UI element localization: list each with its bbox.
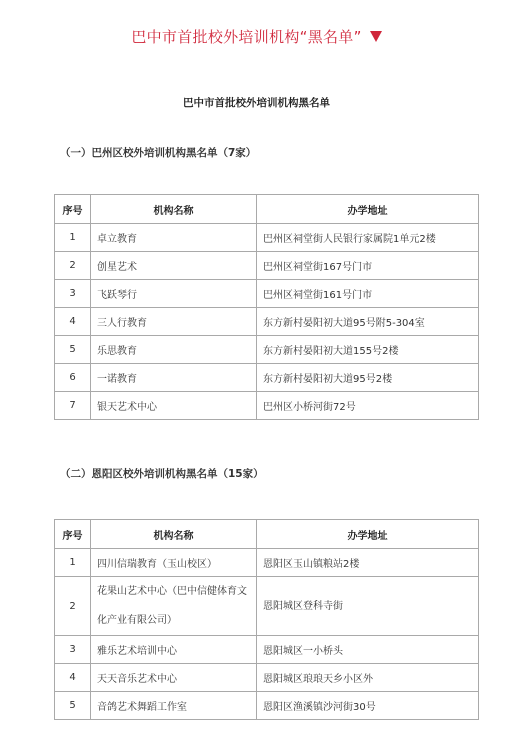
institution-address: 巴州区祠堂街161号门市 — [257, 280, 479, 308]
column-header-name: 机构名称 — [91, 520, 257, 549]
table-row: 2 花果山艺术中心（巴中信健体育文化产业有限公司） 恩阳城区登科寺街 — [55, 577, 479, 636]
table-row: 1 四川信瑞教育（玉山校区） 恩阳区玉山镇粮站2楼 — [55, 549, 479, 577]
row-number: 4 — [55, 308, 91, 336]
institution-name: 卓立教育 — [91, 224, 257, 252]
row-number: 2 — [55, 252, 91, 280]
institution-address: 恩阳区渔溪镇沙河街30号 — [257, 692, 479, 720]
institution-address: 巴州区祠堂街人民银行家属院1单元2楼 — [257, 224, 479, 252]
column-header-number: 序号 — [55, 195, 91, 224]
table-row: 6 一诺教育 东方新村晏阳初大道95号2楼 — [55, 364, 479, 392]
institution-name: 花果山艺术中心（巴中信健体育文化产业有限公司） — [91, 577, 257, 636]
down-triangle-icon — [370, 31, 382, 42]
table-row: 4 三人行教育 东方新村晏阳初大道95号附5-304室 — [55, 308, 479, 336]
row-number: 2 — [55, 577, 91, 636]
column-header-number: 序号 — [55, 520, 91, 549]
table-row: 2 创星艺术 巴州区祠堂街167号门市 — [55, 252, 479, 280]
table-row: 1 卓立教育 巴州区祠堂街人民银行家属院1单元2楼 — [55, 224, 479, 252]
column-header-name: 机构名称 — [91, 195, 257, 224]
institution-address: 巴州区小桥河街72号 — [257, 392, 479, 420]
column-header-address: 办学地址 — [257, 195, 479, 224]
institution-address: 恩阳区玉山镇粮站2楼 — [257, 549, 479, 577]
institution-address: 东方新村晏阳初大道95号2楼 — [257, 364, 479, 392]
blacklist-table-enyang: 序号 机构名称 办学地址 1 四川信瑞教育（玉山校区） 恩阳区玉山镇粮站2楼 2… — [54, 519, 479, 720]
table-header-row: 序号 机构名称 办学地址 — [55, 195, 479, 224]
institution-name: 三人行教育 — [91, 308, 257, 336]
headline-text: 巴中市首批校外培训机构“黑名单” — [131, 28, 361, 46]
table-row: 3 飞跃琴行 巴州区祠堂街161号门市 — [55, 280, 479, 308]
row-number: 3 — [55, 636, 91, 664]
blacklist-table-bazhou: 序号 机构名称 办学地址 1 卓立教育 巴州区祠堂街人民银行家属院1单元2楼 2… — [54, 194, 479, 420]
institution-name: 雅乐艺术培训中心 — [91, 636, 257, 664]
institution-name: 音鸽艺术舞蹈工作室 — [91, 692, 257, 720]
row-number: 3 — [55, 280, 91, 308]
article-headline: 巴中市首批校外培训机构“黑名单” — [0, 26, 513, 47]
column-header-address: 办学地址 — [257, 520, 479, 549]
institution-address: 巴州区祠堂街167号门市 — [257, 252, 479, 280]
institution-name: 创星艺术 — [91, 252, 257, 280]
document-title: 巴中市首批校外培训机构黑名单 — [0, 95, 513, 110]
row-number: 5 — [55, 336, 91, 364]
institution-name: 乐思教育 — [91, 336, 257, 364]
section-title-bazhou: （一）巴州区校外培训机构黑名单（7家） — [60, 145, 256, 160]
row-number: 7 — [55, 392, 91, 420]
row-number: 4 — [55, 664, 91, 692]
institution-name: 银天艺术中心 — [91, 392, 257, 420]
institution-address: 东方新村晏阳初大道155号2楼 — [257, 336, 479, 364]
row-number: 6 — [55, 364, 91, 392]
institution-name: 飞跃琴行 — [91, 280, 257, 308]
table-row: 7 银天艺术中心 巴州区小桥河街72号 — [55, 392, 479, 420]
institution-name: 四川信瑞教育（玉山校区） — [91, 549, 257, 577]
table-row: 5 音鸽艺术舞蹈工作室 恩阳区渔溪镇沙河街30号 — [55, 692, 479, 720]
table-header-row: 序号 机构名称 办学地址 — [55, 520, 479, 549]
table-row: 3 雅乐艺术培训中心 恩阳城区一小桥头 — [55, 636, 479, 664]
institution-address: 东方新村晏阳初大道95号附5-304室 — [257, 308, 479, 336]
institution-address: 恩阳城区一小桥头 — [257, 636, 479, 664]
section-title-enyang: （二）恩阳区校外培训机构黑名单（15家） — [60, 466, 264, 481]
institution-address: 恩阳城区琅琅天乡小区外 — [257, 664, 479, 692]
row-number: 1 — [55, 549, 91, 577]
institution-address: 恩阳城区登科寺街 — [257, 577, 479, 636]
row-number: 1 — [55, 224, 91, 252]
table-row: 4 天天音乐艺术中心 恩阳城区琅琅天乡小区外 — [55, 664, 479, 692]
institution-name: 一诺教育 — [91, 364, 257, 392]
row-number: 5 — [55, 692, 91, 720]
table-row: 5 乐思教育 东方新村晏阳初大道155号2楼 — [55, 336, 479, 364]
institution-name: 天天音乐艺术中心 — [91, 664, 257, 692]
